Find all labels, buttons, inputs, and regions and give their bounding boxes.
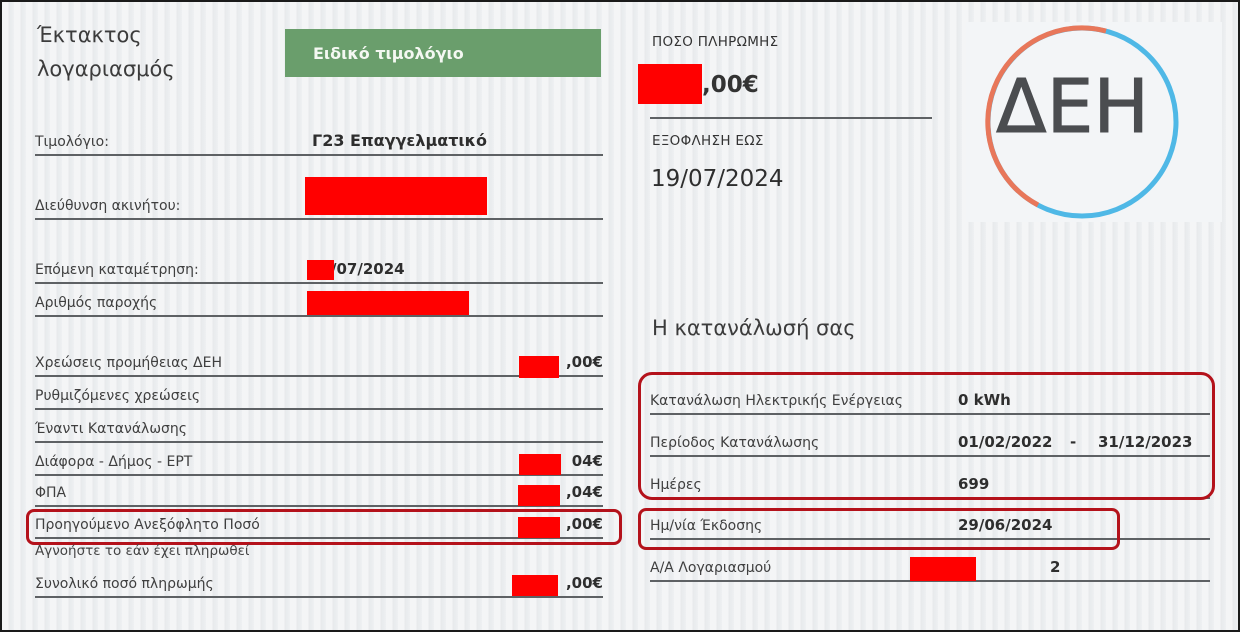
detail-value: Γ23 Επαγγελματικό bbox=[312, 131, 487, 150]
redaction-account-number bbox=[910, 557, 976, 581]
charge-value: ,00€ bbox=[566, 574, 603, 592]
charge-row-supply: Χρεώσεις προμήθειας ΔΕΗ ,00€ bbox=[35, 349, 603, 377]
consumption-label: Α/Α Λογαριασμού bbox=[650, 560, 771, 576]
charge-label: Χρεώσεις προμήθειας ΔΕΗ bbox=[35, 355, 222, 371]
redaction-address bbox=[305, 177, 487, 215]
detail-value: /07/2024 bbox=[331, 260, 405, 278]
ignore-if-paid-note: Αγνοήστε το εάν έχει πληρωθεί bbox=[35, 543, 249, 559]
highlight-previous-unpaid bbox=[26, 509, 622, 545]
title-line-1: Έκτακτος bbox=[37, 18, 175, 52]
redaction-total-amount bbox=[512, 575, 558, 596]
due-date-label: ΕΞΟΦΛΗΣΗ ΕΩΣ bbox=[652, 133, 764, 149]
dei-logo-icon: ΔΕΗ bbox=[966, 22, 1222, 222]
detail-label: Τιμολόγιο: bbox=[35, 134, 109, 150]
charge-value: ,00€ bbox=[566, 353, 603, 371]
payment-divider bbox=[650, 117, 932, 119]
highlight-consumption bbox=[638, 372, 1215, 500]
charge-label: Έναντι Κατανάλωσης bbox=[35, 421, 187, 437]
charge-label: ΦΠΑ bbox=[35, 485, 66, 501]
detail-label: Επόμενη καταμέτρηση: bbox=[35, 262, 199, 278]
detail-row-tariff: Τιμολόγιο: Γ23 Επαγγελματικό bbox=[35, 128, 603, 156]
charge-label: Ρυθμιζόμενες χρεώσεις bbox=[35, 388, 200, 404]
highlight-issue-date bbox=[638, 508, 1120, 550]
charge-row-regulated: Ρυθμιζόμενες χρεώσεις bbox=[35, 382, 603, 410]
bill-type-title: Έκτακτος λογαριασμός bbox=[37, 18, 175, 86]
charge-row-on-account: Έναντι Κατανάλωσης bbox=[35, 415, 603, 443]
dei-logo: ΔΕΗ bbox=[966, 22, 1222, 222]
title-line-2: λογαριασμός bbox=[37, 52, 175, 86]
payment-amount-value: ,00€ bbox=[702, 72, 759, 98]
payment-amount-label: ΠΟΣΟ ΠΛΗΡΩΜΗΣ bbox=[652, 34, 778, 50]
charge-label: Συνολικό ποσό πληρωμής bbox=[35, 576, 214, 592]
detail-label: Διεύθυνση ακινήτου: bbox=[35, 198, 180, 214]
redaction-payment-amount bbox=[638, 64, 702, 104]
svg-text:ΔΕΗ: ΔΕΗ bbox=[996, 64, 1149, 150]
tariff-badge: Ειδικό τιμολόγιο bbox=[285, 29, 601, 77]
charge-value: 04€ bbox=[572, 452, 603, 470]
redaction-supply-amount bbox=[519, 356, 559, 378]
detail-label: Αριθμός παροχής bbox=[35, 295, 157, 311]
account-number-end: 2 bbox=[1050, 558, 1060, 576]
redaction-reading-day bbox=[307, 260, 334, 280]
charge-label: Διάφορα - Δήμος - ΕΡΤ bbox=[35, 454, 192, 470]
bill-document: Έκτακτος λογαριασμός Ειδικό τιμολόγιο Τι… bbox=[2, 2, 1238, 630]
redaction-misc-amount bbox=[519, 454, 561, 475]
tariff-badge-label: Ειδικό τιμολόγιο bbox=[313, 44, 464, 63]
consumption-heading: Η κατανάλωσή σας bbox=[652, 316, 856, 340]
redaction-supply-number bbox=[307, 291, 469, 315]
charge-row-misc: Διάφορα - Δήμος - ΕΡΤ 04€ bbox=[35, 448, 603, 476]
charge-value: ,04€ bbox=[566, 483, 603, 501]
redaction-vat-amount bbox=[518, 485, 560, 506]
due-date-value: 19/07/2024 bbox=[651, 166, 784, 192]
